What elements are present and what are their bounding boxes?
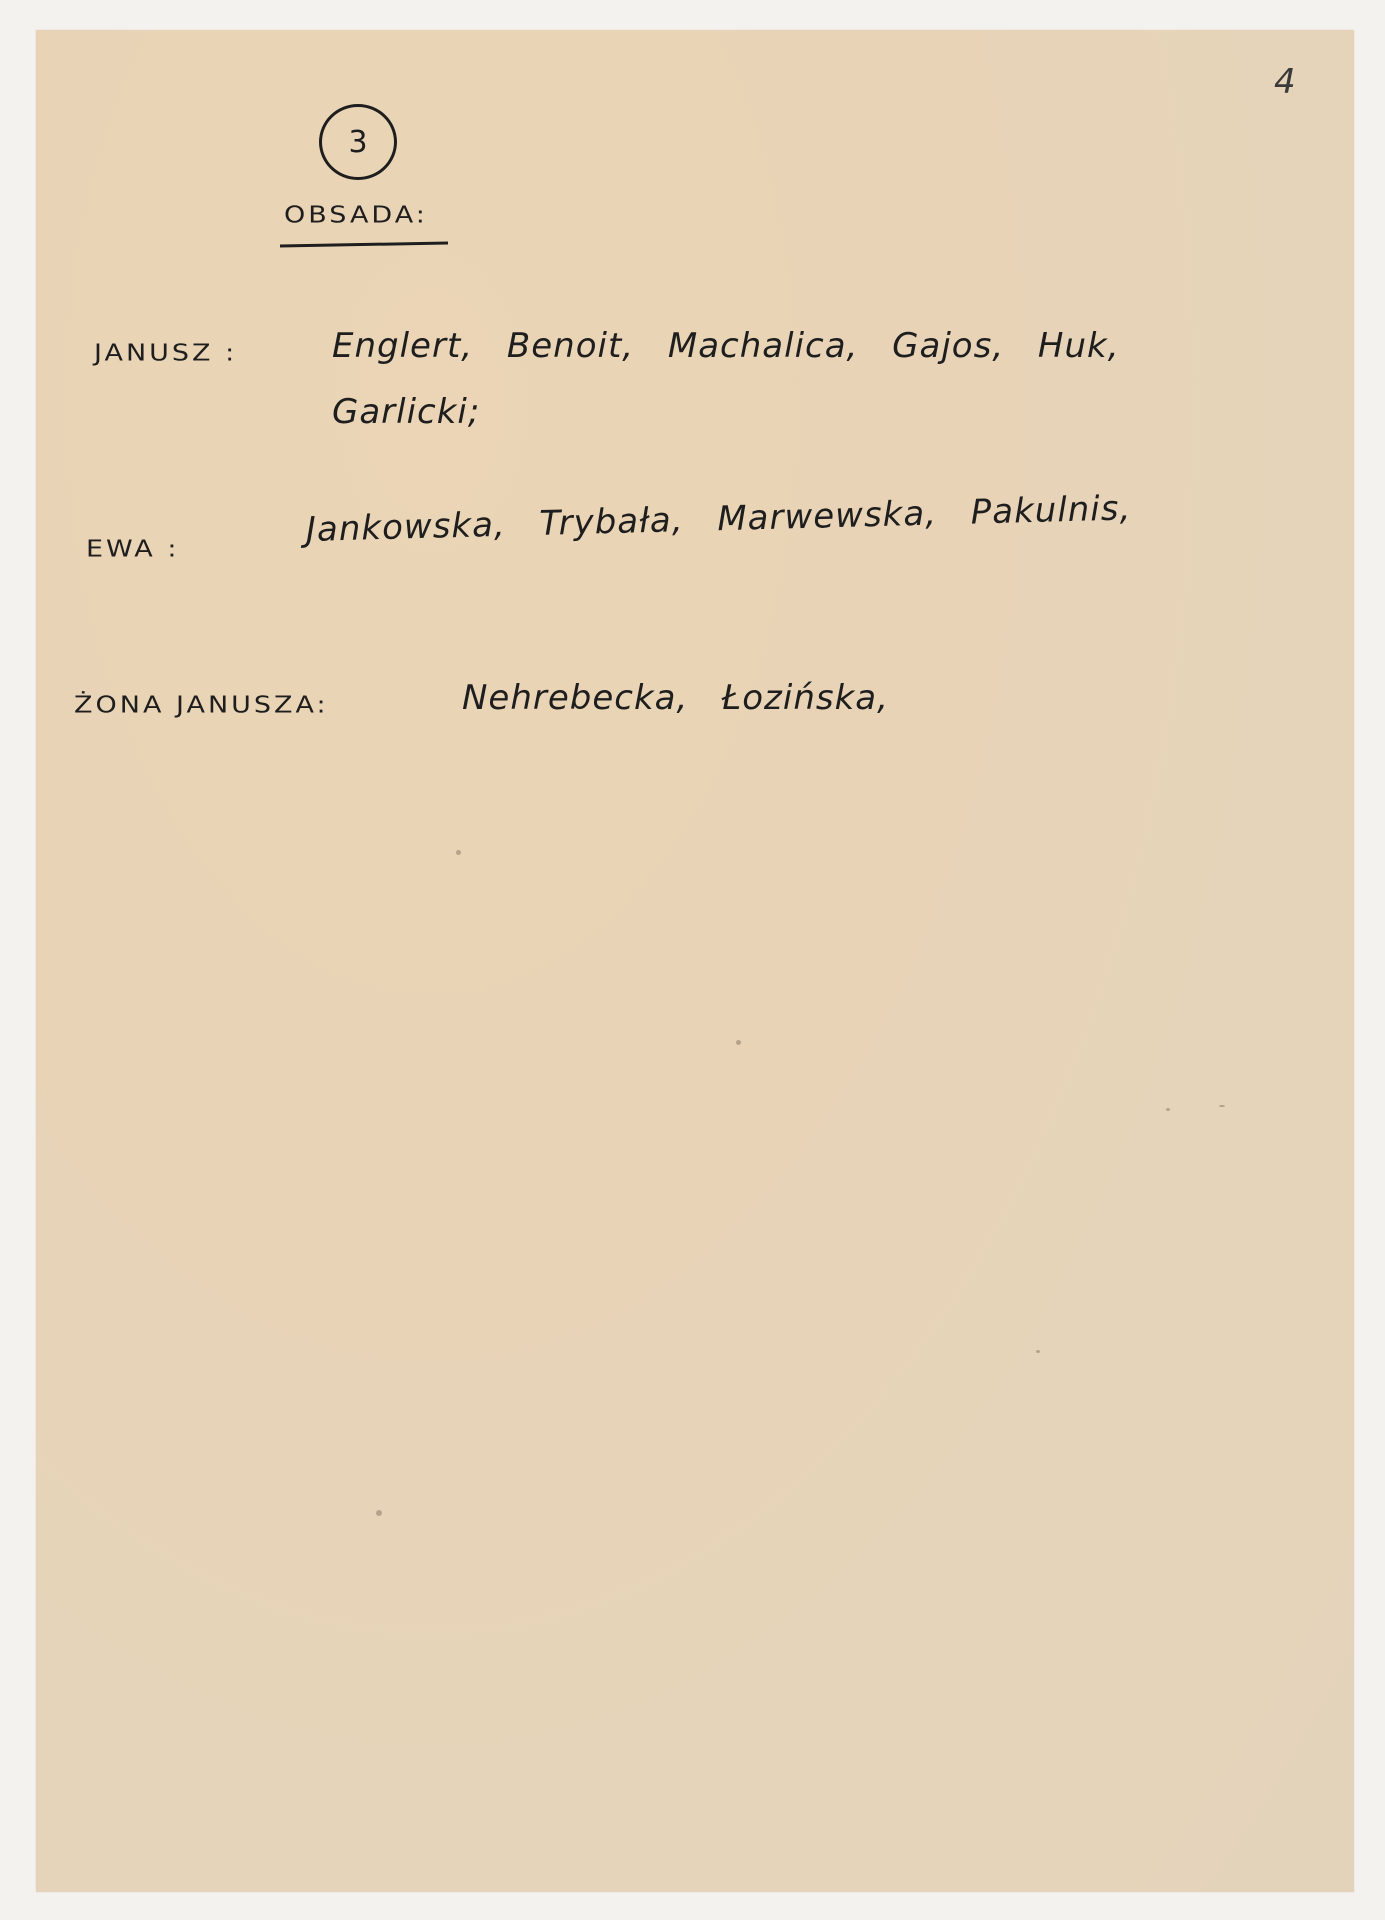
paper-speck [376,1510,382,1516]
paper-speck [456,850,461,855]
cast-title: OBSADA: [284,202,428,228]
cast-list-janusz-line2: Garlicki; [332,392,480,432]
cast-list-zona-janusza: Nehrebecka, Łozińska, [462,678,889,718]
role-label-ewa: EWA : [86,536,179,562]
role-label-zona-janusza: ŻONA JANUSZA: [74,692,329,718]
section-number-circle: 3 [319,104,397,180]
paper-speck [736,1040,741,1045]
paper-speck [1036,1350,1040,1353]
page-number: 4 [1274,62,1296,102]
manuscript-page [36,30,1354,1892]
cast-list-janusz-line1: Englert, Benoit, Machalica, Gajos, Huk, [332,326,1120,366]
section-number: 3 [348,125,367,160]
paper-speck [1166,1108,1170,1111]
role-label-janusz: JANUSZ : [94,340,237,366]
paper-speck [1219,1105,1225,1107]
